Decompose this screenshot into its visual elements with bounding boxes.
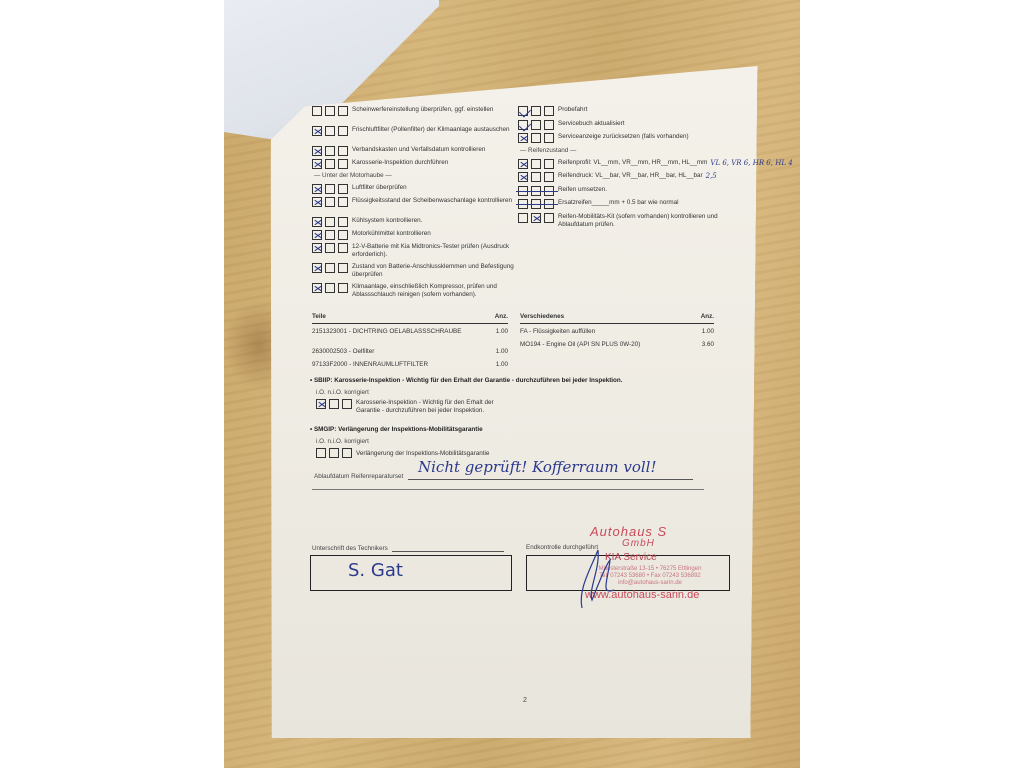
right-check-8-checkbox-0[interactable] (518, 213, 528, 223)
left-check-6-checkbox-2[interactable] (338, 197, 348, 207)
left-check-1-checkbox-2[interactable] (338, 126, 348, 136)
right-check-7-checkbox-2[interactable] (544, 199, 554, 209)
left-check-label: 12-V-Batterie mit Kia Midtronics-Tester … (352, 243, 517, 259)
final-check-signature-scribble (570, 540, 620, 610)
sbiip-item-label: Karosserie-Inspektion - Wichtig für den … (356, 399, 506, 415)
left-check-label: Frischluftfilter (Pollenfilter) der Klim… (352, 126, 510, 134)
technician-signature-box[interactable] (310, 555, 512, 591)
parts-row-qty: 1.00 (496, 361, 508, 369)
right-check-2-checkbox-1[interactable] (531, 133, 541, 143)
left-check-boxes (312, 217, 348, 227)
tire-repair-label: Ablaufdatum Reifenreparaturset (314, 473, 403, 480)
left-check-8-checkbox-0[interactable] (312, 230, 322, 240)
right-check-6-checkbox-0[interactable] (518, 186, 528, 196)
left-check-9-checkbox-1[interactable] (325, 243, 335, 253)
technician-signature: S. Gat (348, 560, 403, 581)
right-check-8-checkbox-2[interactable] (544, 213, 554, 223)
smgip-columns: i.O. n.i.O. korrigiert (316, 438, 369, 445)
smgip-checkbox-1[interactable] (329, 448, 339, 458)
right-check-row: Reifen umsetzen. (518, 186, 607, 196)
sbiip-row: Karosserie-Inspektion - Wichtig für den … (316, 399, 506, 415)
smgip-checkbox-0[interactable] (316, 448, 326, 458)
left-check-5-checkbox-0[interactable] (312, 184, 322, 194)
right-check-handwritten: VL 6, VR 6, HR 6, HL 4 (710, 159, 792, 167)
right-check-label: Reifenprofil: VL__mm, VR__mm, HR__mm, HL… (558, 159, 707, 167)
right-check-label: Serviceanzeige zurücksetzen (falls vorha… (558, 133, 689, 141)
left-check-row: Luftfilter überprüfen (312, 184, 407, 194)
left-check-boxes (312, 263, 348, 273)
left-check-10-checkbox-1[interactable] (325, 263, 335, 273)
parts-row-qty: 1.00 (496, 328, 508, 336)
right-check-label: Reifen umsetzen. (558, 186, 607, 194)
left-check-boxes (312, 230, 348, 240)
misc-row-desc: FA - Flüssigkeiten auffüllen (520, 328, 595, 336)
page-number: 2 (523, 697, 527, 704)
right-check-boxes (518, 106, 554, 116)
smgip-checkboxes (316, 448, 352, 458)
stamp-company-wrap: GmbH (622, 538, 655, 549)
parts-header-desc: Teile (312, 313, 326, 320)
left-check-boxes (312, 126, 348, 136)
left-check-boxes (312, 243, 348, 253)
right-check-1-checkbox-1[interactable] (531, 120, 541, 130)
parts-row-qty: 1.00 (496, 348, 508, 356)
left-check-row: Zustand von Batterie-Anschlussklemmen un… (312, 263, 517, 279)
right-check-2-checkbox-0[interactable] (518, 133, 528, 143)
right-check-5-checkbox-0[interactable] (518, 172, 528, 182)
parts-header-qty: Anz. (495, 313, 508, 320)
parts-row-desc: 97133F2000 - INNENRAUMLUFTFILTER (312, 361, 428, 369)
right-check-8-checkbox-1[interactable] (531, 213, 541, 223)
left-check-row: Scheinwerfereinstellung überprüfen, ggf.… (312, 106, 493, 116)
left-check-5-checkbox-1[interactable] (325, 184, 335, 194)
misc-header-desc: Verschiedenes (520, 313, 564, 320)
left-section-heading: — Unter der Motorhaube — (314, 172, 392, 179)
left-check-label: Zustand von Batterie-Anschlussklemmen un… (352, 263, 517, 279)
sbiip-checkboxes (316, 399, 352, 409)
right-section-heading: — Reifenzustand — (520, 147, 576, 154)
left-check-row: Verbandskasten und Verfallsdatum kontrol… (312, 146, 485, 156)
misc-table-row: FA - Flüssigkeiten auffüllen1.00 (520, 328, 714, 336)
left-check-1-checkbox-0[interactable] (312, 126, 322, 136)
technician-label: Unterschrift des Technikers (312, 545, 388, 552)
left-check-7-checkbox-1[interactable] (325, 217, 335, 227)
right-check-handwritten: 2,5 (706, 172, 717, 180)
right-check-row: Probefahrt (518, 106, 587, 116)
left-check-row: Motorkühlmittel kontrollieren (312, 230, 431, 240)
right-check-label: Probefahrt (558, 106, 587, 114)
right-check-6-checkbox-2[interactable] (544, 186, 554, 196)
right-check-2-checkbox-2[interactable] (544, 133, 554, 143)
right-check-boxes (518, 120, 554, 130)
left-check-boxes (312, 106, 348, 116)
left-check-boxes (312, 197, 348, 207)
left-check-8-checkbox-1[interactable] (325, 230, 335, 240)
left-check-3-checkbox-2[interactable] (338, 159, 348, 169)
right-check-boxes (518, 213, 554, 223)
right-check-1-checkbox-2[interactable] (544, 120, 554, 130)
left-check-3-checkbox-0[interactable] (312, 159, 322, 169)
parts-row-desc: 2151323001 - DICHTRING OELABLASSSCHRAUBE (312, 328, 461, 336)
left-check-boxes (312, 146, 348, 156)
dealer-stamp: Autohaus S (590, 524, 667, 539)
left-check-9-checkbox-0[interactable] (312, 243, 322, 253)
left-check-label: Verbandskasten und Verfallsdatum kontrol… (352, 146, 485, 154)
left-check-0-checkbox-0[interactable] (312, 106, 322, 116)
left-check-2-checkbox-2[interactable] (338, 146, 348, 156)
right-check-4-checkbox-1[interactable] (531, 159, 541, 169)
parts-table-header: Teile Anz. (312, 313, 508, 324)
left-check-2-checkbox-1[interactable] (325, 146, 335, 156)
misc-table-row: MO194 - Engine Oil (API SN PLUS 0W-20)3.… (520, 341, 714, 349)
misc-row-qty: 3.60 (702, 341, 714, 349)
right-check-label: Ersatzreifen_____mm + 0.5 bar wie normal (558, 199, 679, 207)
sbiip-columns: i.O. n.i.O. korrigiert (316, 389, 369, 396)
technician-label-line (392, 551, 504, 552)
right-check-5-checkbox-2[interactable] (544, 172, 554, 182)
misc-row-desc: MO194 - Engine Oil (API SN PLUS 0W-20) (520, 341, 640, 349)
left-check-6-checkbox-1[interactable] (325, 197, 335, 207)
left-check-5-checkbox-2[interactable] (338, 184, 348, 194)
left-check-8-checkbox-2[interactable] (338, 230, 348, 240)
left-check-label: Luftfilter überprüfen (352, 184, 407, 192)
left-check-label: Kühlsystem kontrollieren. (352, 217, 422, 225)
left-check-label: Motorkühlmittel kontrollieren (352, 230, 431, 238)
right-check-0-checkbox-2[interactable] (544, 106, 554, 116)
right-check-7-checkbox-1[interactable] (531, 199, 541, 209)
misc-row-qty: 1.00 (702, 328, 714, 336)
left-check-row: 12-V-Batterie mit Kia Midtronics-Tester … (312, 243, 517, 259)
left-check-11-checkbox-2[interactable] (338, 283, 348, 293)
left-check-10-checkbox-0[interactable] (312, 263, 322, 273)
stamp-brand: Autohaus S (590, 524, 667, 539)
divider-line (312, 489, 704, 490)
left-check-10-checkbox-2[interactable] (338, 263, 348, 273)
right-check-row: Serviceanzeige zurücksetzen (falls vorha… (518, 133, 689, 143)
left-check-3-checkbox-1[interactable] (325, 159, 335, 169)
tire-repair-line (408, 479, 693, 480)
right-check-label: Reifen-Mobilitäts-Kit (sofern vorhanden)… (558, 213, 723, 229)
misc-table-header: Verschiedenes Anz. (520, 313, 714, 324)
left-check-6-checkbox-0[interactable] (312, 197, 322, 207)
sbiip-title: • SBIIP: Karosserie-Inspektion - Wichtig… (310, 377, 623, 384)
left-check-9-checkbox-2[interactable] (338, 243, 348, 253)
parts-table-row: 2151323001 - DICHTRING OELABLASSSCHRAUBE… (312, 328, 508, 336)
left-check-label: Klimaanlage, einschließlich Kompressor, … (352, 283, 517, 299)
right-check-label: Reifendruck: VL__bar, VR__bar, HR__bar, … (558, 172, 703, 180)
smgip-item-label: Verlängerung der Inspektions-Mobilitätsg… (356, 448, 489, 458)
right-check-0-checkbox-0[interactable] (518, 106, 528, 116)
right-check-label: Servicebuch aktualisiert (558, 120, 625, 128)
left-check-label: Scheinwerfereinstellung überprüfen, ggf.… (352, 106, 493, 114)
left-check-row: Flüssigkeitsstand der Scheibenwaschanlag… (312, 197, 512, 207)
right-check-boxes (518, 172, 554, 182)
left-check-0-checkbox-2[interactable] (338, 106, 348, 116)
right-check-7-checkbox-0[interactable] (518, 199, 528, 209)
left-check-11-checkbox-1[interactable] (325, 283, 335, 293)
left-check-label: Flüssigkeitsstand der Scheibenwaschanlag… (352, 197, 512, 205)
left-check-row: Karosserie-Inspektion durchführen (312, 159, 448, 169)
left-check-7-checkbox-2[interactable] (338, 217, 348, 227)
right-check-row: Servicebuch aktualisiert (518, 120, 625, 130)
sbiip-checkbox-2[interactable] (342, 399, 352, 409)
right-check-boxes (518, 159, 554, 169)
smgip-checkbox-2[interactable] (342, 448, 352, 458)
checklist-content: Scheinwerfereinstellung überprüfen, ggf.… (0, 0, 1024, 768)
left-check-0-checkbox-1[interactable] (325, 106, 335, 116)
right-check-boxes (518, 186, 554, 196)
left-check-7-checkbox-0[interactable] (312, 217, 322, 227)
left-check-11-checkbox-0[interactable] (312, 283, 322, 293)
sbiip-checkbox-0[interactable] (316, 399, 326, 409)
right-check-4-checkbox-0[interactable] (518, 159, 528, 169)
left-check-row: Kühlsystem kontrollieren. (312, 217, 422, 227)
right-check-boxes (518, 133, 554, 143)
right-check-boxes (518, 199, 554, 209)
parts-table-row: 2630002503 - Oelfilter1.00 (312, 348, 508, 356)
right-check-row: Ersatzreifen_____mm + 0.5 bar wie normal (518, 199, 679, 209)
left-check-boxes (312, 283, 348, 293)
left-check-row: Frischluftfilter (Pollenfilter) der Klim… (312, 126, 510, 136)
smgip-row: Verlängerung der Inspektions-Mobilitätsg… (316, 448, 489, 458)
left-check-1-checkbox-1[interactable] (325, 126, 335, 136)
tire-repair-handwritten: Nicht geprüft! Kofferraum voll! (418, 458, 656, 476)
parts-table-row: 97133F2000 - INNENRAUMLUFTFILTER1.00 (312, 361, 508, 369)
misc-header-qty: Anz. (701, 313, 714, 320)
parts-row-desc: 2630002503 - Oelfilter (312, 348, 374, 356)
right-check-row: Reifendruck: VL__bar, VR__bar, HR__bar, … (518, 172, 717, 182)
stamp-company: GmbH (622, 538, 655, 549)
right-check-4-checkbox-2[interactable] (544, 159, 554, 169)
left-check-boxes (312, 159, 348, 169)
sbiip-checkbox-1[interactable] (329, 399, 339, 409)
left-check-2-checkbox-0[interactable] (312, 146, 322, 156)
right-check-6-checkbox-1[interactable] (531, 186, 541, 196)
right-check-row: Reifenprofil: VL__mm, VR__mm, HR__mm, HL… (518, 159, 793, 169)
smgip-title: • SMGIP: Verlängerung der Inspektions-Mo… (310, 426, 483, 433)
right-check-1-checkbox-0[interactable] (518, 120, 528, 130)
left-check-row: Klimaanlage, einschließlich Kompressor, … (312, 283, 517, 299)
left-check-boxes (312, 184, 348, 194)
right-check-row: Reifen-Mobilitäts-Kit (sofern vorhanden)… (518, 213, 723, 229)
left-check-label: Karosserie-Inspektion durchführen (352, 159, 448, 167)
right-check-5-checkbox-1[interactable] (531, 172, 541, 182)
right-check-0-checkbox-1[interactable] (531, 106, 541, 116)
